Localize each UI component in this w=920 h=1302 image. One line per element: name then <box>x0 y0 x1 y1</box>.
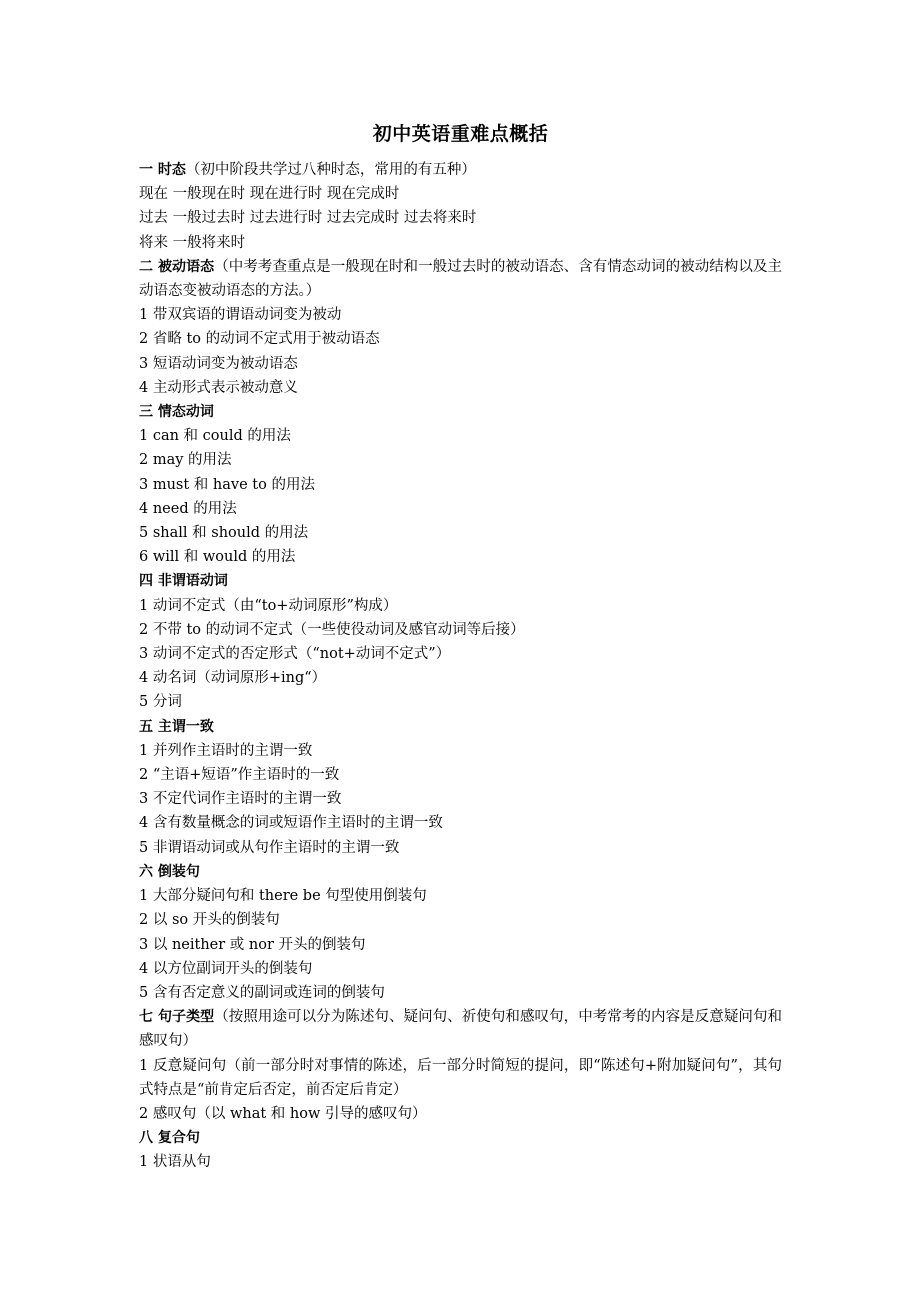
section-note: （按照用途可以分为陈述句、疑问句、祈使句和感叹句，中考常考的内容是反意疑问句和感… <box>139 1009 782 1049</box>
section-heading-label: 二 被动语态 <box>139 259 214 275</box>
list-item: 1 反意疑问句（前一部分时对事情的陈述，后一部分时简短的提问，即“陈述句+附加疑… <box>139 1054 782 1102</box>
section-note: （初中阶段共学过八种时态，常用的有五种） <box>186 162 476 178</box>
list-item: 1 带双宾语的谓语动词变为被动 <box>139 303 782 327</box>
list-item: 4 主动形式表示被动意义 <box>139 376 782 400</box>
section-heading-label: 三 情态动词 <box>139 404 214 420</box>
list-item: 2 may 的用法 <box>139 448 782 472</box>
section-heading-label: 七 句子类型 <box>139 1009 214 1025</box>
section-heading-label: 八 复合句 <box>139 1130 200 1146</box>
list-item: 过去 一般过去时 过去进行时 过去完成时 过去将来时 <box>139 206 782 230</box>
list-item: 5 非谓语动词或从句作主语时的主谓一致 <box>139 836 782 860</box>
section-heading-tenses: 一 时态（初中阶段共学过八种时态，常用的有五种） <box>139 158 782 182</box>
list-item: 3 不定代词作主语时的主谓一致 <box>139 787 782 811</box>
list-item: 3 must 和 have to 的用法 <box>139 473 782 497</box>
section-heading-label: 四 非谓语动词 <box>139 573 228 589</box>
list-item: 4 以方位副词开头的倒装句 <box>139 957 782 981</box>
document-title: 初中英语重难点概括 <box>139 120 782 150</box>
list-item: 4 need 的用法 <box>139 497 782 521</box>
list-item: 2 省略 to 的动词不定式用于被动语态 <box>139 327 782 351</box>
list-item: 2 感叹句（以 what 和 how 引导的感叹句） <box>139 1102 782 1126</box>
list-item: 6 will 和 would 的用法 <box>139 545 782 569</box>
list-item: 3 动词不定式的否定形式（“not+动词不定式”） <box>139 642 782 666</box>
section-note: （中考考查重点是一般现在时和一般过去时的被动语态、含有情态动词的被动结构以及主动… <box>139 259 782 299</box>
list-item: 1 can 和 could 的用法 <box>139 424 782 448</box>
list-item: 1 状语从句 <box>139 1150 782 1174</box>
document-page: 初中英语重难点概括 一 时态（初中阶段共学过八种时态，常用的有五种） 现在 一般… <box>139 120 782 1175</box>
list-item: 2 不带 to 的动词不定式（一些使役动词及感官动词等后接） <box>139 618 782 642</box>
section-heading-non-finite-verbs: 四 非谓语动词 <box>139 569 782 593</box>
list-item: 1 动词不定式（由“to+动词原形”构成） <box>139 594 782 618</box>
list-item: 5 分词 <box>139 690 782 714</box>
list-item: 4 动名词（动词原形+ing“） <box>139 666 782 690</box>
list-item: 2 “主语+短语”作主语时的一致 <box>139 763 782 787</box>
section-heading-sentence-types: 七 句子类型（按照用途可以分为陈述句、疑问句、祈使句和感叹句，中考常考的内容是反… <box>139 1005 782 1053</box>
list-item: 1 大部分疑问句和 there be 句型使用倒装句 <box>139 884 782 908</box>
section-heading-passive-voice: 二 被动语态（中考考查重点是一般现在时和一般过去时的被动语态、含有情态动词的被动… <box>139 255 782 303</box>
section-heading-subject-verb-agreement: 五 主谓一致 <box>139 715 782 739</box>
section-heading-label: 五 主谓一致 <box>139 719 214 735</box>
list-item: 5 shall 和 should 的用法 <box>139 521 782 545</box>
section-heading-complex-sentences: 八 复合句 <box>139 1126 782 1150</box>
section-heading-modal-verbs: 三 情态动词 <box>139 400 782 424</box>
list-item: 将来 一般将来时 <box>139 231 782 255</box>
section-heading-inversion: 六 倒装句 <box>139 860 782 884</box>
list-item: 1 并列作主语时的主谓一致 <box>139 739 782 763</box>
list-item: 4 含有数量概念的词或短语作主语时的主谓一致 <box>139 811 782 835</box>
list-item: 5 含有否定意义的副词或连词的倒装句 <box>139 981 782 1005</box>
section-heading-label: 六 倒装句 <box>139 864 200 880</box>
list-item: 现在 一般现在时 现在进行时 现在完成时 <box>139 182 782 206</box>
list-item: 3 以 neither 或 nor 开头的倒装句 <box>139 933 782 957</box>
list-item: 3 短语动词变为被动语态 <box>139 352 782 376</box>
list-item: 2 以 so 开头的倒装句 <box>139 908 782 932</box>
section-heading-label: 一 时态 <box>139 162 186 178</box>
